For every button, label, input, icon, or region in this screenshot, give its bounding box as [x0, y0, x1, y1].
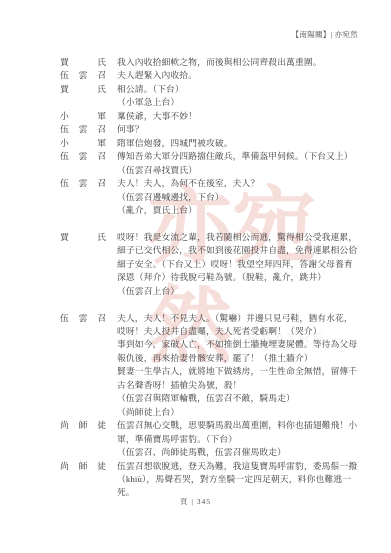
script-line: （伍雲召邊喊邊找，下台）	[60, 191, 358, 204]
dialogue-text: 細子安全。（下台又上）哎呀！我望空拜四拜，答謝父母養育	[117, 258, 358, 271]
script-line: 賢妻一生學古人，就將地下做綉房，一生性命全無惜，留傳千	[60, 365, 358, 378]
script-line: 伍雲召 夫人！夫人，為何不在後室，夫人？	[60, 177, 358, 190]
script-line: （尚師徒上台）	[60, 406, 358, 419]
speaker-label: 小軍	[60, 137, 106, 150]
speaker-label: 尚師徒	[60, 419, 106, 432]
dialogue-text: 賢妻一生學古人，就將地下做綉房，一生性命全無惜，留傳千	[117, 365, 358, 378]
script-line: 尚師徒 伍雲召想欲脫逃，登天為難，我這隻寶馬呼雷豹，委馬鬃一撥	[60, 460, 358, 473]
dialogue-text: 事到如今，家破人亡，不如推倒土牆掩埋妻屍體。等待為父母	[117, 338, 358, 351]
dialogue-text: 軍，準備寶馬呼雷豹。（下台）	[117, 433, 358, 446]
script-line: 小軍 稟侯爺，大事不妙！	[60, 110, 358, 123]
dialogue-text: 隋軍信炮發，四城門被攻破。	[117, 137, 358, 150]
script-line: （伍雲召尋找賈氏）	[60, 164, 358, 177]
script-line: 伍雲召 傳知吾弟大軍分四路擋住敵兵，準備盔甲伺候。（下台又上）	[60, 150, 358, 163]
script-line: 伍雲召 夫人趕緊入內收拾。	[60, 69, 358, 82]
script-line: （伍雲召與隋軍輪戰，伍雲召不敵，騎馬走）	[60, 392, 358, 405]
dialogue-text: 我入內收拾細軟之物，而後與相公同齊殺出萬重圍。	[117, 56, 358, 69]
script-line: （亂介，賈氏上台）	[60, 204, 358, 217]
dialogue-text: 相公請。（下台）	[117, 83, 358, 96]
dialogue-text: 夫人，夫人！不見夫人。（驚嚇）井邊只見弓鞋，猶有水花，	[117, 312, 358, 325]
script-body: 賈氏 我入內收拾細軟之物，而後與相公同齊殺出萬重圍。 伍雲召 夫人趕緊入內收拾。…	[60, 56, 358, 500]
dialogue-text: 夫人趕緊入內收拾。	[117, 69, 358, 82]
speaker-label: 賈氏	[60, 231, 106, 244]
dialogue-text: 夫人！夫人，為何不在後室，夫人？	[117, 177, 358, 190]
dialogue-text: 古名聲香呀！插槍尖為號，殺！	[117, 379, 358, 392]
script-line: 小軍 隋軍信炮發，四城門被攻破。	[60, 137, 358, 150]
speaker-label: 伍雲召	[60, 123, 106, 136]
script-line: 軍，準備寶馬呼雷豹。（下台）	[60, 433, 358, 446]
dialogue-text: （小軍急上台）	[117, 96, 358, 109]
speaker-label: 伍雲召	[60, 312, 106, 325]
script-line: 深恩（拜介）待我脫弓鞋為號。（脫鞋，亂介，跳井）	[60, 271, 358, 284]
script-line: 賈氏 哎呀！我是女流之輩，我若隨相公而逃，驚得相公受我連累，	[60, 231, 358, 244]
dialogue-text: 稟侯爺，大事不妙！	[117, 110, 358, 123]
script-line: 細子安全。（下台又上）哎呀！我望空拜四拜，答謝父母養育	[60, 258, 358, 271]
speaker-label: 伍雲召	[60, 69, 106, 82]
dialogue-text: （伍雲召上台）	[117, 285, 358, 298]
dialogue-text: 哎呀！我是女流之輩，我若隨相公而逃，驚得相公受我連累，	[117, 231, 358, 244]
script-line: 哎呀！夫人投井自盡囉，夫人死者受虧啊！（哭介）	[60, 325, 358, 338]
speaker-label: 伍雲召	[60, 150, 106, 163]
dialogue-text: 深恩（拜介）待我脫弓鞋為號。（脫鞋，亂介，跳井）	[117, 271, 358, 284]
dialogue-text: 哎呀！夫人投井自盡囉，夫人死者受虧啊！（哭介）	[117, 325, 358, 338]
script-line: 賈氏 相公請。（下台）	[60, 83, 358, 96]
dialogue-text: （亂介，賈氏上台）	[117, 204, 358, 217]
script-line: （伍雲召上台）	[60, 285, 358, 298]
document-page: 【南陽關】| 亦宛然 亦宛然 PUPPET THEATRE 賈氏 我入內收拾細軟…	[0, 0, 391, 553]
script-line: （伍雲召、尚師徒馬戰，伍雲召催馬敗走）	[60, 446, 358, 459]
dialogue-text: 報仇後，再來拾妻骨骸安葬，罷了！（推土牆介）	[117, 352, 358, 365]
speaker-label: 伍雲召	[60, 177, 106, 190]
dialogue-text: （尚師徒上台）	[117, 406, 358, 419]
script-line: （小軍急上台）	[60, 96, 358, 109]
script-line	[60, 217, 358, 230]
script-line: 賈氏 我入內收拾細軟之物，而後與相公同齊殺出萬重圍。	[60, 56, 358, 69]
speaker-label: 小軍	[60, 110, 106, 123]
script-line: 古名聲香呀！插槍尖為號，殺！	[60, 379, 358, 392]
dialogue-text: （伍雲召與隋軍輪戰，伍雲召不敵，騎馬走）	[117, 392, 358, 405]
page-number: 頁 | 345	[0, 496, 391, 507]
speaker-label: 賈氏	[60, 83, 106, 96]
dialogue-text: 傳知吾弟大軍分四路擋住敵兵，準備盔甲伺候。（下台又上）	[117, 150, 358, 163]
script-line: 事到如今，家破人亡，不如推倒土牆掩埋妻屍體。等待為父母	[60, 338, 358, 351]
dialogue-text: 伍雲召想欲脫逃，登天為難，我這隻寶馬呼雷豹，委馬鬃一撥	[117, 460, 358, 473]
script-line: 尚師徒 伍雲召無心交戰，思要騎馬殺出萬重圍，料你也插翅難飛！小	[60, 419, 358, 432]
dialogue-text: 何事？	[117, 123, 358, 136]
running-header: 【南陽關】| 亦宛然	[292, 29, 358, 40]
dialogue-text: （伍雲召尋找賈氏）	[117, 164, 358, 177]
script-line: 伍雲召 何事？	[60, 123, 358, 136]
script-line: 細子已交代相公，我不如到後花園投井自盡，免得連累相公佮	[60, 244, 358, 257]
speaker-label: 賈氏	[60, 56, 106, 69]
dialogue-text: 伍雲召無心交戰，思要騎馬殺出萬重圍，料你也插翅難飛！小	[117, 419, 358, 432]
dialogue-text: 細子已交代相公，我不如到後花園投井自盡，免得連累相公佮	[117, 244, 358, 257]
script-line: 報仇後，再來拾妻骨骸安葬，罷了！（推土牆介）	[60, 352, 358, 365]
dialogue-text: （伍雲召、尚師徒馬戰，伍雲召催馬敗走）	[117, 446, 358, 459]
dialogue-text: （伍雲召邊喊邊找，下台）	[117, 191, 358, 204]
speaker-label: 尚師徒	[60, 460, 106, 473]
script-line	[60, 298, 358, 311]
script-line: 伍雲召 夫人，夫人！不見夫人。（驚嚇）井邊只見弓鞋，猶有水花，	[60, 312, 358, 325]
